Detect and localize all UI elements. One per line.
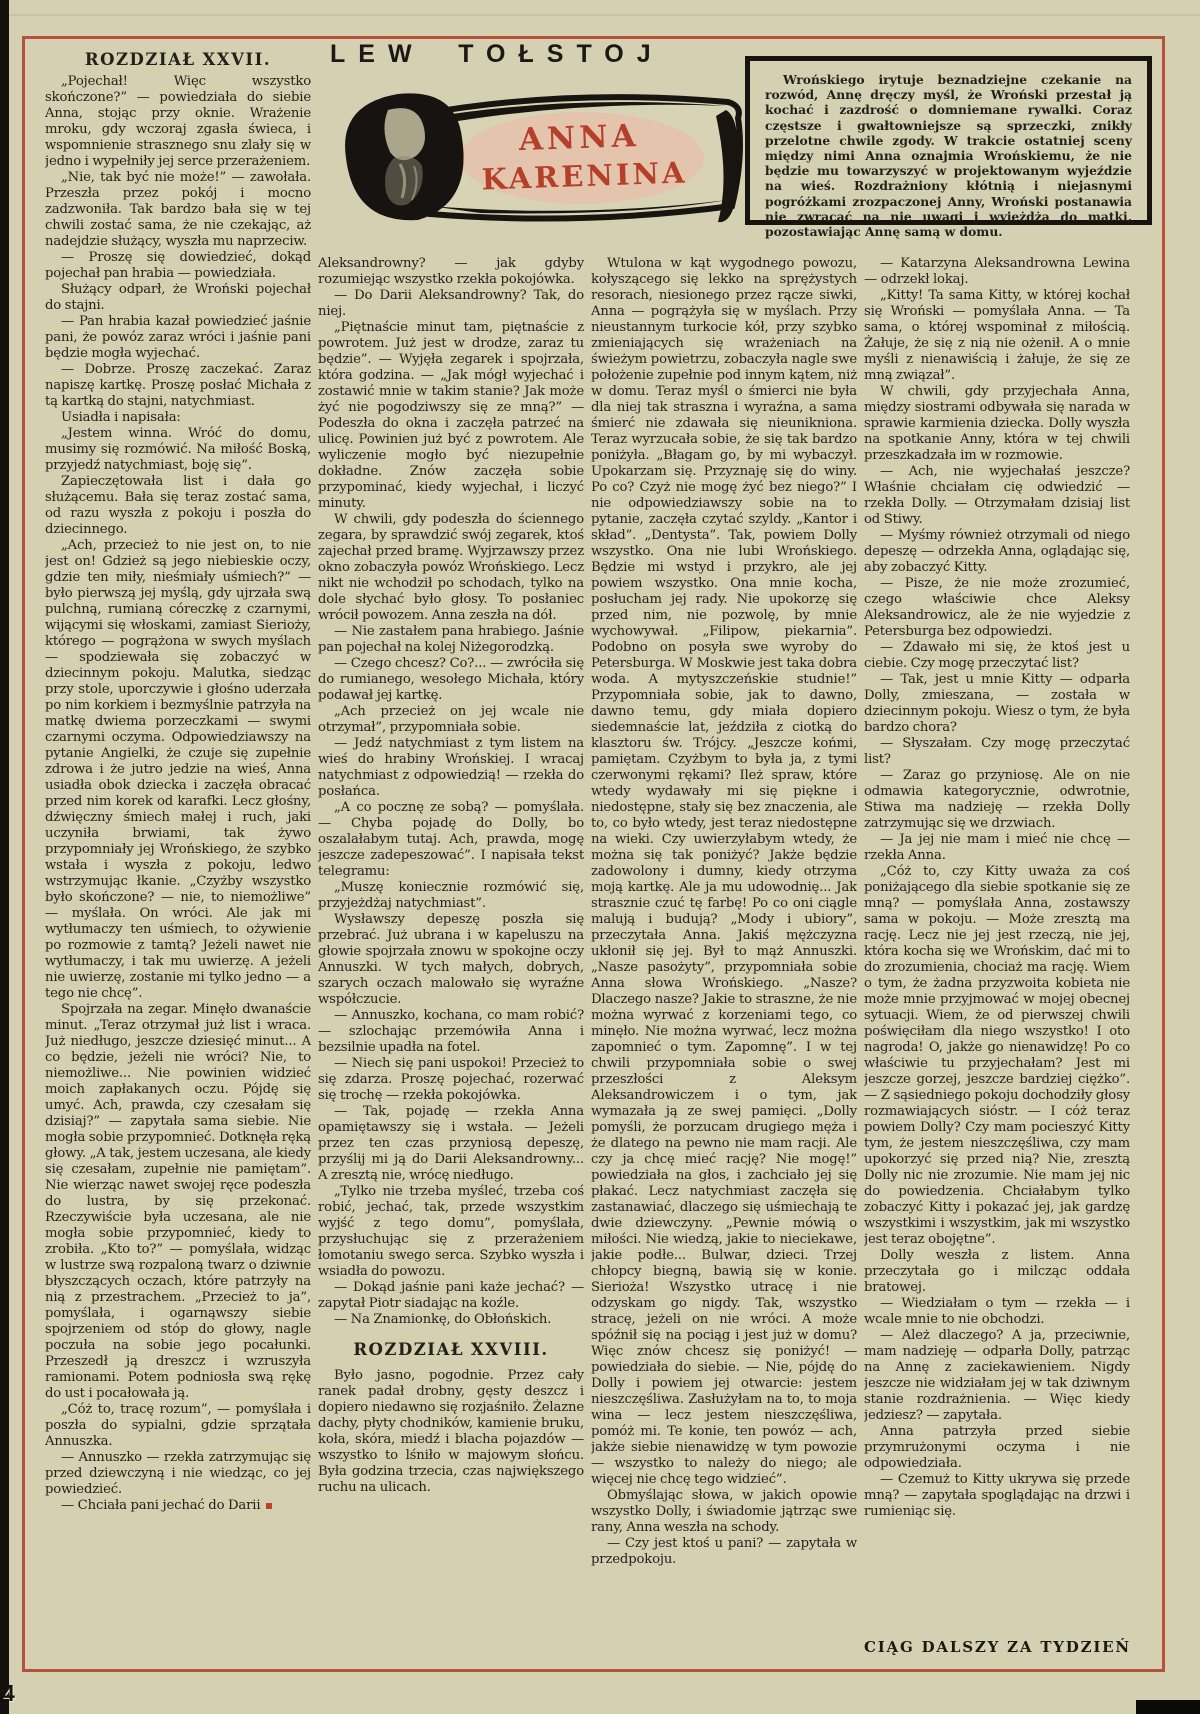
paragraph: — Jedź natychmiast z tym listem na wieś … bbox=[318, 736, 584, 800]
text-column-2: Aleksandrowny? — jak gdyby rozumiejąc ws… bbox=[318, 256, 584, 1662]
paragraph: W chwili, gdy przyjechała Anna, między s… bbox=[864, 384, 1130, 464]
chapter-heading: ROZDZIAŁ XXVIII. bbox=[318, 1342, 584, 1358]
paragraph: — Tak, pojadę — rzekła Anna opamiętawszy… bbox=[318, 1104, 584, 1184]
paragraph: Służący odparł, że Wroński pojechał do s… bbox=[45, 282, 311, 314]
paragraph: — Na Znamionkę, do Obłońskich. bbox=[318, 1312, 584, 1328]
paragraph: „Muszę koniecznie rozmówić się, przyjeżd… bbox=[318, 880, 584, 912]
text-column-1: ROZDZIAŁ XXVII.„Pojechał! Więc wszystko … bbox=[45, 48, 311, 1662]
paragraph: — Ależ dlaczego? A ja, przeciwnie, mam n… bbox=[864, 1328, 1130, 1424]
text-column-4: — Katarzyna Aleksandrowna Lewina — odrze… bbox=[864, 256, 1130, 1634]
paragraph: „Jestem winna. Wróć do domu, musimy się … bbox=[45, 426, 311, 474]
tolstoy-portrait bbox=[345, 93, 464, 220]
paragraph: — Proszę się dowiedzieć, dokąd pojechał … bbox=[45, 250, 311, 282]
red-dot-mark bbox=[266, 1503, 272, 1509]
paragraph: — Dobrze. Proszę zaczekać. Zaraz napiszę… bbox=[45, 362, 311, 410]
paragraph: — Słyszałam. Czy mogę przeczytać list? bbox=[864, 736, 1130, 768]
paragraph: „Cóż to, tracę rozum”, — pomyślała i pos… bbox=[45, 1402, 311, 1450]
author-title: LEW TOŁSTOJ bbox=[330, 40, 740, 69]
paragraph: — Pan hrabia kazał powiedzieć jaśnie pan… bbox=[45, 314, 311, 362]
anna-karenina-banner-illustration: ANNA KARENINA bbox=[330, 86, 745, 228]
paragraph: — Czy jest ktoś u pani? — zapytała w prz… bbox=[591, 1536, 857, 1568]
paragraph: Spojrzała na zegar. Minęło dwanaście min… bbox=[45, 1002, 311, 1402]
paragraph: — Zdawało mi się, że ktoś jest u ciebie.… bbox=[864, 640, 1130, 672]
paragraph: — Zaraz go przyniosę. Ale on nie odmawia… bbox=[864, 768, 1130, 832]
scan-corner-artifact bbox=[1136, 1700, 1200, 1714]
paragraph: „Tylko nie trzeba myśleć, trzeba coś rob… bbox=[318, 1184, 584, 1280]
paragraph: — Annuszko, kochana, co mam robić? — szl… bbox=[318, 1008, 584, 1056]
paragraph: Dolly weszła z listem. Anna przeczytała … bbox=[864, 1248, 1130, 1296]
text-column-3: Wtulona w kąt wygodnego powozu, kołysząc… bbox=[591, 256, 857, 1662]
banner-title-line1: ANNA bbox=[517, 118, 640, 158]
paragraph: Anna patrzyła przed siebie przymrużonymi… bbox=[864, 1424, 1130, 1472]
paragraph: Usiadła i napisała: bbox=[45, 410, 311, 426]
paragraph: — Wiedziałam o tym — rzekła — i wcale mn… bbox=[864, 1296, 1130, 1328]
paragraph: — Katarzyna Aleksandrowna Lewina — odrze… bbox=[864, 256, 1130, 288]
paragraph: Było jasno, pogodnie. Przez cały ranek p… bbox=[318, 1368, 584, 1496]
paragraph: Wtulona w kąt wygodnego powozu, kołysząc… bbox=[591, 256, 857, 1488]
paragraph: — Nie zastałem pana hrabiego. Jaśnie pan… bbox=[318, 624, 584, 656]
paragraph: Zapieczętowała list i dała go służącemu.… bbox=[45, 474, 311, 538]
paragraph: — Tak, jest u mnie Kitty — odparła Dolly… bbox=[864, 672, 1130, 736]
paragraph: Wysławszy depeszę poszła się przebrać. J… bbox=[318, 912, 584, 1008]
scan-artifact-line bbox=[0, 14, 1200, 16]
episode-summary-box: Wrońskiego irytuje beznadziejne czekanie… bbox=[745, 56, 1152, 225]
paragraph: — Pisze, że nie może zrozumieć, czego wł… bbox=[864, 576, 1130, 640]
paragraph: „Ach, przecież to nie jest on, to nie je… bbox=[45, 538, 311, 1002]
continuation-notice: CIĄG DALSZY ZA TYDZIEŃ bbox=[864, 1638, 1132, 1656]
chapter-heading: ROZDZIAŁ XXVII. bbox=[45, 52, 311, 68]
episode-summary-text: Wrońskiego irytuje beznadziejne czekanie… bbox=[765, 72, 1132, 239]
paragraph: — Czego chcesz? Co?... — zwróciła się do… bbox=[318, 656, 584, 704]
paragraph: „Kitty! Ta sama Kitty, w której kochał s… bbox=[864, 288, 1130, 384]
paragraph: — Ja jej nie mam i mieć nie chcę — rzekł… bbox=[864, 832, 1130, 864]
paragraph: „Pojechał! Więc wszystko skończone?” — p… bbox=[45, 74, 311, 170]
paragraph: Aleksandrowny? — jak gdyby rozumiejąc ws… bbox=[318, 256, 584, 288]
banner-title-line2: KARENINA bbox=[481, 155, 688, 196]
page-number: 4 bbox=[2, 1680, 15, 1707]
paragraph: Obmyślając słowa, w jakich opowie wszyst… bbox=[591, 1488, 857, 1536]
paragraph: — Dokąd jaśnie pani każe jechać? — zapyt… bbox=[318, 1280, 584, 1312]
paragraph: — Ach, nie wyjechałaś jeszcze? Właśnie c… bbox=[864, 464, 1130, 528]
paragraph: — Chciała pani jechać do Darii bbox=[45, 1498, 311, 1514]
paragraph: — Annuszko — rzekła zatrzymując się prze… bbox=[45, 1450, 311, 1498]
paragraph: W chwili, gdy podeszła do ściennego zega… bbox=[318, 512, 584, 624]
paragraph: — Do Darii Aleksandrowny? Tak, do niej. bbox=[318, 288, 584, 320]
paragraph: — Myśmy również otrzymali od niego depes… bbox=[864, 528, 1130, 576]
scan-edge-left bbox=[0, 0, 9, 1714]
newspaper-page: { "page": { "number": "4", "colors": { "… bbox=[0, 0, 1200, 1714]
paragraph: — Niech się pani uspokoi! Przecież to si… bbox=[318, 1056, 584, 1104]
paragraph: „Cóż to, czy Kitty uważa za coś poniżają… bbox=[864, 864, 1130, 1248]
paragraph: — Czemuż to Kitty ukrywa się przede mną?… bbox=[864, 1472, 1130, 1520]
paragraph: „Piętnaście minut tam, piętnaście z powr… bbox=[318, 320, 584, 512]
paragraph: „A co pocznę ze sobą? — pomyślała. — Chy… bbox=[318, 800, 584, 880]
paragraph: „Ach przecież on jej wcale nie otrzymał”… bbox=[318, 704, 584, 736]
paragraph: „Nie, tak być nie może!” — zawołała. Prz… bbox=[45, 170, 311, 250]
